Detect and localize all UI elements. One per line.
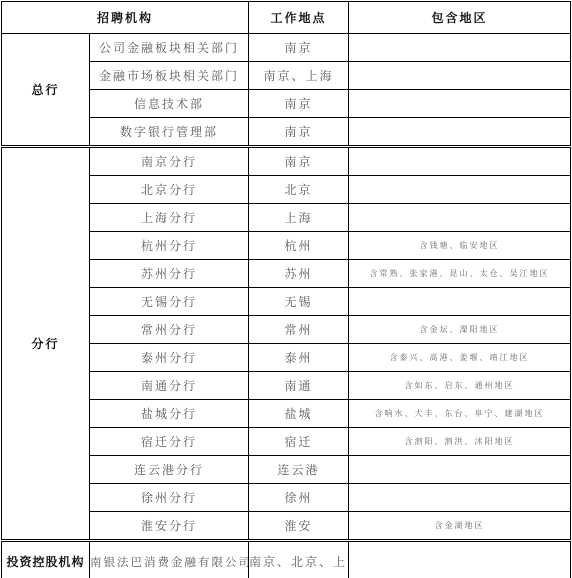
region-cell bbox=[349, 118, 571, 147]
region-cell bbox=[349, 62, 571, 90]
location-cell: 南京 bbox=[249, 118, 349, 147]
org-cell: 连云港分行 bbox=[90, 456, 249, 484]
region-cell bbox=[349, 176, 571, 204]
location-cell: 南京 bbox=[249, 34, 349, 62]
location-cell: 南通 bbox=[249, 372, 349, 400]
org-cell: 北京分行 bbox=[90, 176, 249, 204]
location-cell: 连云港 bbox=[249, 456, 349, 484]
org-cell: 南银法巴消费金融有限公司 bbox=[90, 541, 249, 578]
org-cell: 数字银行管理部 bbox=[90, 118, 249, 147]
org-cell: 淮安分行 bbox=[90, 512, 249, 541]
location-cell: 无锡 bbox=[249, 288, 349, 316]
org-cell: 盐城分行 bbox=[90, 400, 249, 428]
region-cell bbox=[349, 288, 571, 316]
location-cell: 南京 bbox=[249, 90, 349, 118]
org-cell: 徐州分行 bbox=[90, 484, 249, 512]
location-cell: 盐城 bbox=[249, 400, 349, 428]
org-cell: 上海分行 bbox=[90, 204, 249, 232]
org-cell: 泰州分行 bbox=[90, 344, 249, 372]
location-cell: 杭州 bbox=[249, 232, 349, 260]
location-cell: 常州 bbox=[249, 316, 349, 344]
region-cell: 含金湖地区 bbox=[349, 512, 571, 541]
org-cell: 信息技术部 bbox=[90, 90, 249, 118]
location-cell: 南京 bbox=[249, 147, 349, 176]
header-location: 工作地点 bbox=[249, 2, 349, 34]
header-row: 招聘机构 工作地点 包含地区 bbox=[2, 2, 571, 34]
region-cell bbox=[349, 147, 571, 176]
region-cell bbox=[349, 204, 571, 232]
location-cell: 南京、上海 bbox=[249, 62, 349, 90]
region-cell: 含金坛、溧阳地区 bbox=[349, 316, 571, 344]
region-cell bbox=[349, 484, 571, 512]
location-cell: 南京、北京、上海、杭州、苏州、日照 bbox=[249, 541, 349, 578]
header-org: 招聘机构 bbox=[2, 2, 249, 34]
region-cell bbox=[349, 456, 571, 484]
location-cell: 苏州 bbox=[249, 260, 349, 288]
location-cell: 上海 bbox=[249, 204, 349, 232]
group-label-branches: 分行 bbox=[2, 147, 90, 541]
table-row: 投资控股机构 南银法巴消费金融有限公司 南京、北京、上海、杭州、苏州、日照 bbox=[2, 541, 571, 578]
org-cell: 公司金融板块相关部门 bbox=[90, 34, 249, 62]
location-cell: 徐州 bbox=[249, 484, 349, 512]
group-label-head-office: 总行 bbox=[2, 34, 90, 147]
location-cell: 淮安 bbox=[249, 512, 349, 541]
region-cell bbox=[349, 34, 571, 62]
region-cell bbox=[349, 90, 571, 118]
table-row: 总行 公司金融板块相关部门 南京 bbox=[2, 34, 571, 62]
table-row: 分行 南京分行 南京 bbox=[2, 147, 571, 176]
recruitment-table: 招聘机构 工作地点 包含地区 总行 公司金融板块相关部门 南京 金融市场板块相关… bbox=[1, 1, 571, 578]
org-cell: 宿迁分行 bbox=[90, 428, 249, 456]
org-cell: 无锡分行 bbox=[90, 288, 249, 316]
org-cell: 南通分行 bbox=[90, 372, 249, 400]
region-cell: 含泗阳、泗洪、沭阳地区 bbox=[349, 428, 571, 456]
group-label-holding: 投资控股机构 bbox=[2, 541, 90, 578]
org-cell: 南京分行 bbox=[90, 147, 249, 176]
org-cell: 杭州分行 bbox=[90, 232, 249, 260]
org-cell: 苏州分行 bbox=[90, 260, 249, 288]
region-cell: 含响水、大丰、东台、阜宁、建湖地区 bbox=[349, 400, 571, 428]
org-cell: 金融市场板块相关部门 bbox=[90, 62, 249, 90]
org-cell: 常州分行 bbox=[90, 316, 249, 344]
region-cell: 含泰兴、高港、姜堰、靖江地区 bbox=[349, 344, 571, 372]
region-cell: 含如东、启东、通州地区 bbox=[349, 372, 571, 400]
region-cell bbox=[349, 541, 571, 578]
location-cell: 宿迁 bbox=[249, 428, 349, 456]
header-region: 包含地区 bbox=[349, 2, 571, 34]
region-cell: 含钱塘、临安地区 bbox=[349, 232, 571, 260]
region-cell: 含常熟、张家港、昆山、太仓、吴江地区 bbox=[349, 260, 571, 288]
location-cell: 北京 bbox=[249, 176, 349, 204]
location-cell: 泰州 bbox=[249, 344, 349, 372]
